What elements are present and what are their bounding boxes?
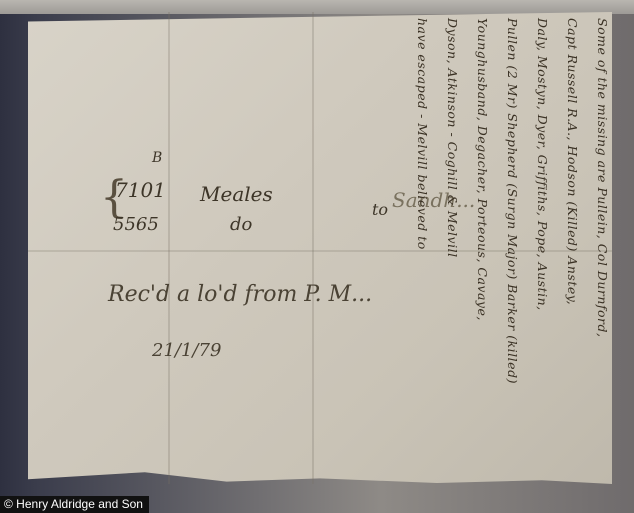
vertical-text-block: Some of the missing are Pullein, Col Dur… — [392, 18, 612, 348]
vertical-line: Capt Russell R.A., Hodson (Killed) Anste… — [566, 18, 579, 305]
vertical-line: Pullen (2 Mr) Shepherd (Surgn Major) Bar… — [506, 18, 519, 384]
paper-fold-vertical-left — [168, 12, 170, 484]
ledger-superscript: B — [152, 150, 162, 166]
display-case-edge — [0, 0, 634, 14]
vertical-line: Dyson, Atkinson - Coghill & Melvill — [446, 18, 459, 258]
date: 21/1/79 — [152, 340, 221, 361]
ledger-row-item: Meales — [200, 182, 273, 206]
ledger-row-dest: to — [372, 200, 388, 219]
received-line: Rec'd a lo'd from P. M... — [108, 282, 372, 307]
vertical-line: have escaped - Melvill believed to — [416, 18, 429, 250]
ledger-row-number: 7101 — [115, 178, 166, 202]
photo-credit: © Henry Aldridge and Son — [0, 496, 149, 513]
ledger-row-item: do — [230, 214, 252, 235]
paper-fold-vertical — [312, 12, 314, 484]
vertical-line: Daly, Mostyn, Dyer, Griffiths, Pope, Aus… — [536, 18, 549, 311]
vertical-line: Younghusband, Degacher, Porteous, Cavaye… — [476, 18, 489, 321]
ledger-row-number: 5565 — [113, 214, 159, 235]
vertical-line: Some of the missing are Pullein, Col Dur… — [596, 18, 609, 338]
